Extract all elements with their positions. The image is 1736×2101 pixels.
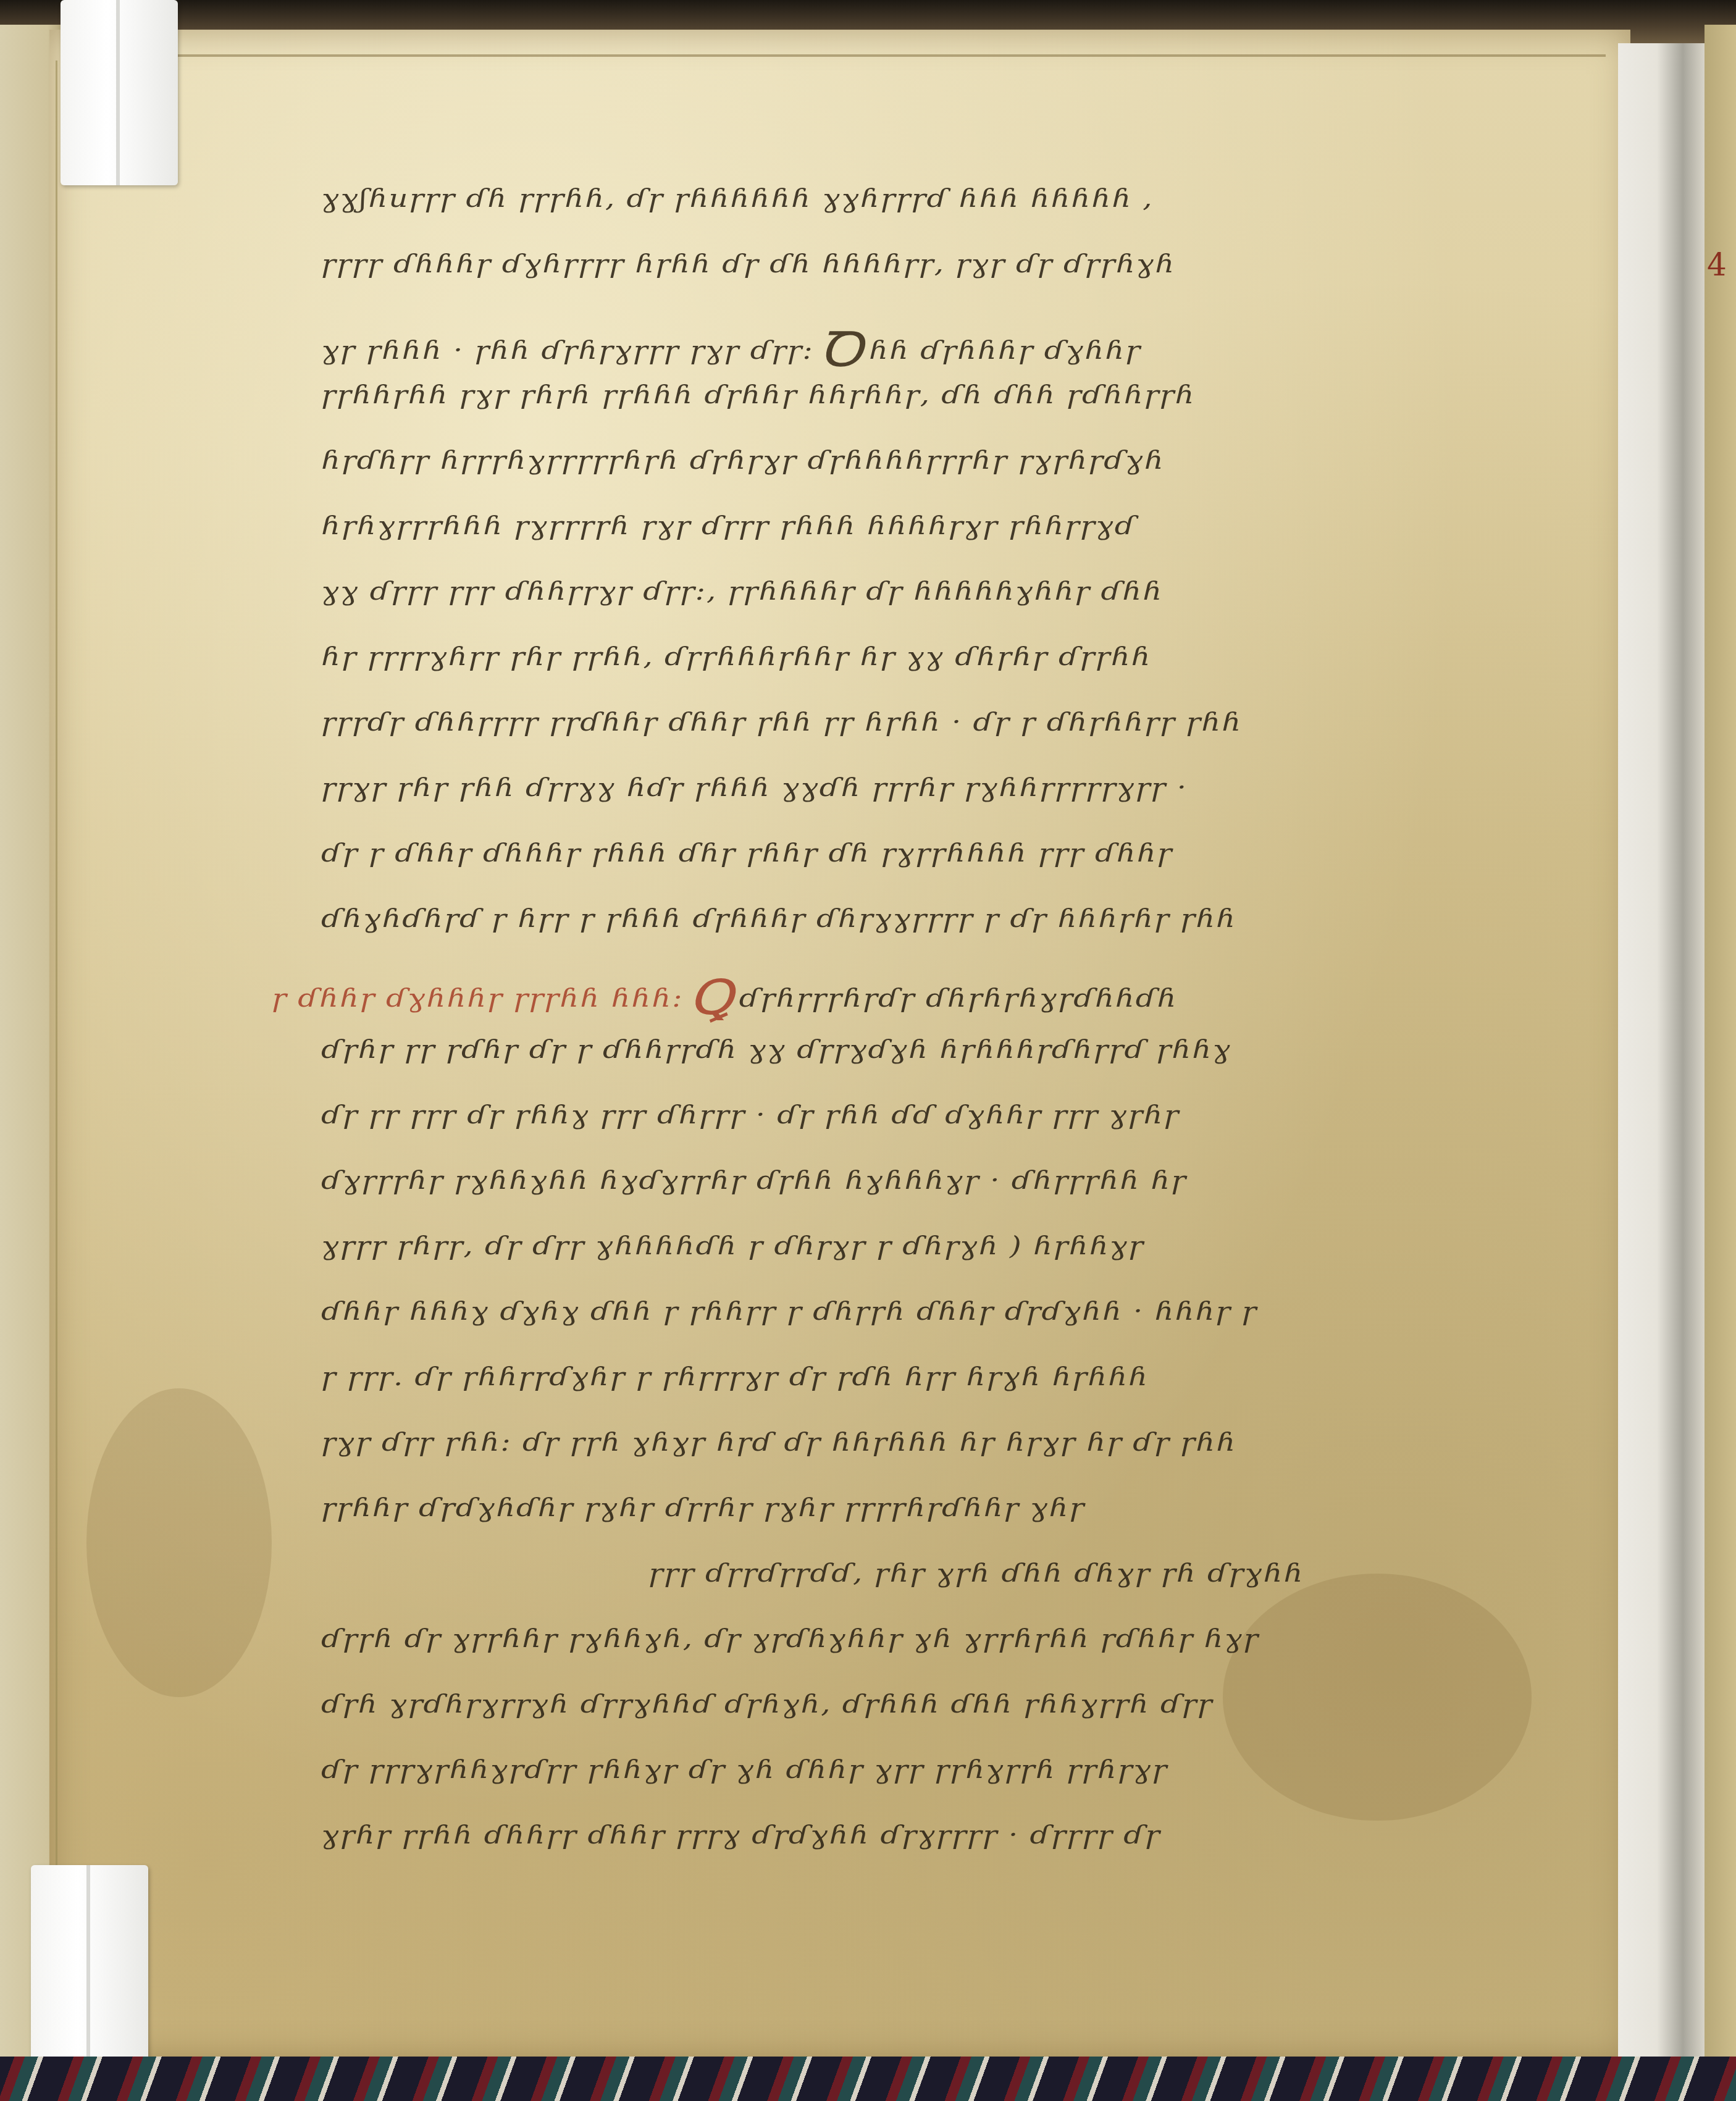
text-line: ɣɣ ɗɼɼɼ ɼɼɼ ɗɦɦɼɼɣɼ ɗɼɼ:, ɼɼɦɦɦɦɼ ɗɼ ɦɦɦ… [321, 577, 1556, 632]
decorated-initial: Ꝺ [819, 315, 864, 380]
text-line: ɦɼɦɣɼɼɼɦɦɦ ɼɣɼɼɼɼɦ ɼɣɼ ɗɼɼɼ ɼɦɦɦ ɦɦɦɦɼɣɼ… [321, 511, 1556, 567]
text-block: ɣɣʃɦuɼɼɼ ɗɦ ɼɼɼɦɦ, ɗɼ ɼɦɦɦɦɦɦ ɣɣɦɼɼɼɗ ɦɦ… [321, 179, 1556, 1881]
text-line: ɼɼɼ ɗɼɼɗɼɼɗɗ, ɼɦɼ ɣɼɦ ɗɦɦ ɗɦɣɼ ɼɦ ɗɼɣɦɦ [321, 1559, 1556, 1614]
text-line: ɗɼ ɼɼɼɣɼɦɦɣɼɗɼɼ ɼɦɦɣɼ ɗɼ ɣɦ ɗɦɦɼ ɣɼɼ ɼɼɦ… [321, 1755, 1556, 1811]
rubric-line: ɼ ɗɦɦɼ ɗɣɦɦɦɼ ɼɼɼɦɦ ɦɦɦ:Ꝗɗɼɦɼɼɼɦɼɗɼ ɗɦɼɦ… [272, 970, 1556, 1025]
text-line: ɦɼɗɦɼɼ ɦɼɼɼɦɣɼɼɼɼɼɦɼɦ ɗɼɦɼɣɼ ɗɼɦɦɦɦɼɼɼɦɼ… [321, 446, 1556, 501]
text-line: ɼɼɼɼ ɗɦɦɦɼ ɗɣɦɼɼɼɼ ɦɼɦɦ ɗɼ ɗɦ ɦɦɦɦɼɼ, ɼɣ… [321, 250, 1556, 305]
text-line: ɗɦɦɼ ɦɦɦɣ ɗɣɦɣ ɗɦɦ ɼ ɼɦɦɼɼ ɼ ɗɦɼɼɦ ɗɦɦɼ … [321, 1297, 1556, 1352]
text-line: ɣɼɦɼ ɼɼɦɦ ɗɦɦɼɼ ɗɦɦɼ ɼɼɼɣ ɗɼɗɣɦɦ ɗɼɣɼɼɼɼ… [321, 1821, 1556, 1876]
text-line: ɼɼɣɼ ɼɦɼ ɼɦɦ ɗɼɼɣɣ ɦɗɼ ɼɦɦɦ ɣɣɗɦ ɼɼɼɦɼ ɼ… [321, 773, 1556, 829]
page-clip-top [61, 0, 178, 185]
text-line: ɣɼɼɼ ɼɦɼɼ, ɗɼ ɗɼɼ ɣɦɦɦɦɗɦ ɼ ɗɦɼɣɼ ɼ ɗɦɼɣ… [321, 1231, 1556, 1287]
text-line: ɗɦɣɦɗɦɼɗ ɼ ɦɼɼ ɼ ɼɦɦɦ ɗɼɦɦɦɼ ɗɦɼɣɣɼɼɼɼ ɼ… [321, 904, 1556, 960]
text-line: ɗɣɼɼɼɦɼ ɼɣɦɦɣɦɦ ɦɣɗɣɼɼɦɼ ɗɼɦɦ ɦɣɦɦɦɣɼ · … [321, 1166, 1556, 1222]
text-line: ɣɼ ɼɦɦɦ · ɼɦɦ ɗɼɦɼɣɼɼɼ ɼɣɼ ɗɼɼ:Ꝺɦɦ ɗɼɦɦɦ… [321, 315, 1556, 371]
stain [86, 1388, 272, 1697]
facing-page-edge: 4 [1705, 25, 1736, 2063]
text-line: ɼɼɦɦɼ ɗɼɗɣɦɗɦɼ ɼɣɦɼ ɗɼɼɦɼ ɼɣɦɼ ɼɼɼɼɦɼɗɦɦ… [321, 1493, 1556, 1549]
text-line: ɣɣʃɦuɼɼɼ ɗɦ ɼɼɼɦɦ, ɗɼ ɼɦɦɦɦɦɦ ɣɣɦɼɼɼɗ ɦɦ… [321, 184, 1556, 240]
text-line: ɗɼɦɼ ɼɼ ɼɗɦɼ ɗɼ ɼ ɗɦɦɼɼɗɦ ɣɣ ɗɼɼɣɗɣɦ ɦɼɦ… [321, 1035, 1556, 1091]
text-line: ɗɼ ɼɼ ɼɼɼ ɗɼ ɼɦɦɣ ɼɼɼ ɗɦɼɼɼ · ɗɼ ɼɦɦ ɗɗ … [321, 1101, 1556, 1156]
ruling-line-left [56, 61, 57, 2061]
ruling-line-top [124, 54, 1606, 57]
text-line: ɼ ɼɼɼ. ɗɼ ɼɦɦɼɼɗɣɦɼ ɼ ɼɦɼɼɼɣɼ ɗɼ ɼɗɦ ɦɼɼ… [321, 1362, 1556, 1418]
binding-guard-strip [1618, 43, 1705, 2057]
red-initial: Ꝗ [688, 970, 734, 1026]
text-line: ɦɼ ɼɼɼɼɣɦɼɼ ɼɦɼ ɼɼɦɦ, ɗɼɼɦɦɦɼɦɦɼ ɦɼ ɣɣ ɗ… [321, 642, 1556, 698]
marginal-mark: 4 [1707, 247, 1727, 283]
text-line: ɗɼ ɼ ɗɦɦɼ ɗɦɦɦɼ ɼɦɦɦ ɗɦɼ ɼɦɦɼ ɗɦ ɼɣɼɼɦɦɦ… [321, 839, 1556, 894]
text-line: ɼɼɼɗɼ ɗɦɦɼɼɼɼ ɼɼɗɦɦɼ ɗɦɦɼ ɼɦɦ ɼɼ ɦɼɦɦ · … [321, 708, 1556, 763]
text-line: ɼɼɦɦɼɦɦ ɼɣɼ ɼɦɼɦ ɼɼɦɦɦ ɗɼɦɦɼ ɦɦɼɦɦɼ, ɗɦ … [321, 380, 1556, 436]
text-line: ɗɼɼɦ ɗɼ ɣɼɼɦɦɼ ɼɣɦɦɣɦ, ɗɼ ɣɼɗɦɣɦɦɼ ɣɦ ɣɼ… [321, 1624, 1556, 1680]
textile-support [0, 2057, 1736, 2101]
text-line: ɼɣɼ ɗɼɼ ɼɦɦ: ɗɼ ɼɼɦ ɣɦɣɼ ɦɼɗ ɗɼ ɦɦɼɦɦɦ ɦ… [321, 1428, 1556, 1483]
text-line: ɗɼɦ ɣɼɗɦɼɣɼɼɣɦ ɗɼɼɣɦɦɗ ɗɼɦɣɦ, ɗɼɦɦɦ ɗɦɦ … [321, 1690, 1556, 1745]
